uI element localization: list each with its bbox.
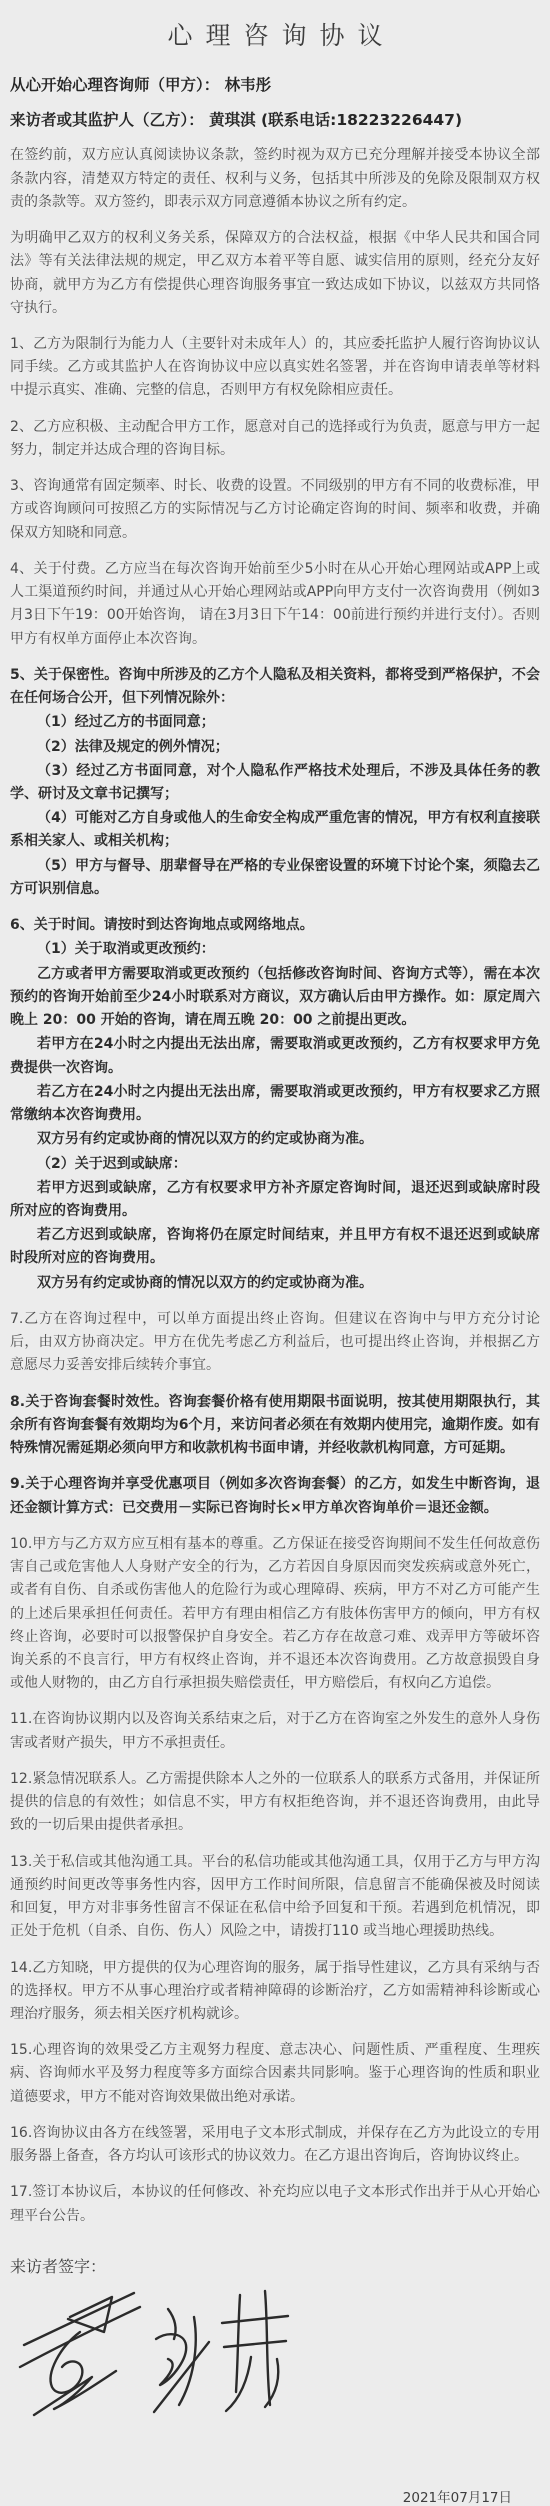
agreement-paragraph: 6、关于时间。请按时到达咨询地点或网络地点。	[10, 914, 540, 937]
party-b-line: 来访者或其监护人（乙方）： 黄琪淇 (联系电话:18223226447)	[10, 110, 540, 132]
agreement-paragraph: 双方另有约定或协商的情况以双方的约定或协商为准。	[10, 1128, 540, 1151]
agreement-paragraph: 11.在咨询协议期内以及咨询关系结束之后，对于乙方在咨询室之外发生的意外人身伤害…	[10, 1708, 540, 1754]
agreement-paragraph: 在签约前，双方应认真阅读协议条款，签约时视为双方已充分理解并接受本协议全部条款内…	[10, 144, 540, 214]
agreement-paragraph: 5、关于保密性。咨询中所涉及的乙方个人隐私及相关资料，都将受到严格保护，不会在任…	[10, 664, 540, 710]
agreement-paragraph: 1、乙方为限制行为能力人（主要针对未成年人）的，其应委托监护人履行咨询协议认同手…	[10, 333, 540, 403]
agreement-paragraph: 14.乙方知晓，甲方提供的仅为心理咨询的服务，属于指导性建议，乙方具有采纳与否的…	[10, 1957, 540, 2027]
agreement-paragraph: （5）甲方与督导、朋辈督导在严格的专业保密设置的环境下讨论个案，须隐去乙方可识别…	[10, 855, 540, 901]
agreement-paragraph: 13.关于私信或其他沟通工具。平台的私信功能或其他沟通工具，仅用于乙方与甲方沟通…	[10, 1851, 540, 1944]
agreement-paragraph: 3、咨询通常有固定频率、时长、收费的设置。不同级别的甲方有不同的收费标准，甲方或…	[10, 475, 540, 545]
agreement-paragraph: 为明确甲乙双方的权利义务关系，保障双方的合法权益，根据《中华人民共和国合同法》等…	[10, 227, 540, 320]
agreement-paragraph: 10.甲方与乙方双方应互相有基本的尊重。乙方保证在接受咨询期间不发生任何故意伤害…	[10, 1533, 540, 1696]
agreement-paragraph: 双方另有约定或协商的情况以双方的约定或协商为准。	[10, 1272, 540, 1295]
party-a-line: 从心开始心理咨询师（甲方）： 林韦彤	[10, 75, 540, 97]
agreement-paragraph: 若甲方在24小时之内提出无法出席，需要取消或更改预约，乙方有权要求甲方免费提供一…	[10, 1033, 540, 1079]
agreement-paragraph: 乙方或者甲方需要取消或更改预约（包括修改咨询时间、咨询方式等），需在本次预约的咨…	[10, 963, 540, 1033]
agreement-paragraph: 2、乙方应积极、主动配合甲方工作，愿意对自己的选择或行为负责，愿意与甲方一起努力…	[10, 416, 540, 462]
page-title: 心理咨询协议	[10, 0, 540, 62]
agreement-paragraph: （3）经过乙方书面同意，对个人隐私作严格技术处理后，不涉及具体任务的教学、研讨及…	[10, 760, 540, 806]
agreement-paragraph: 若乙方迟到或缺席，咨询将仍在原定时间结束，并且甲方有权不退还迟到或缺席时段所对应…	[10, 1224, 540, 1270]
agreement-paragraph: （2）关于迟到或缺席：	[10, 1153, 540, 1176]
agreement-paragraph: 9.关于心理咨询并享受优惠项目（例如多次咨询套餐）的乙方，如发生中断咨询，退还金…	[10, 1473, 540, 1519]
signing-date: 2021年07月17日	[10, 2486, 540, 2506]
agreement-paragraph: （1）经过乙方的书面同意；	[10, 711, 540, 734]
agreement-paragraph: 16.咨询协议由各方在线签署，采用电子文本形式制成，并保存在乙方为此设立的专用服…	[10, 2122, 540, 2168]
agreement-paragraph: 8.关于咨询套餐时效性。咨询套餐价格有使用期限书面说明，按其使用期限执行，其余所…	[10, 1391, 540, 1461]
agreement-paragraph: 17.签订本协议后，本协议的任何修改、补充均应以电子文本形式作出并于从心开始心理…	[10, 2181, 540, 2227]
agreement-paragraph: （1）关于取消或更改预约：	[10, 938, 540, 961]
visitor-signature-label: 来访者签字：	[10, 2254, 540, 2277]
agreement-paragraph: 15.心理咨询的效果受乙方主观努力程度、意志决心、问题性质、严重程度、生理疾病、…	[10, 2039, 540, 2109]
agreement-paragraph: 若甲方迟到或缺席，乙方有权要求甲方补齐原定咨询时间，退还迟到或缺席时段所对应的咨…	[10, 1177, 540, 1223]
agreement-paragraph: 若乙方在24小时之内提出无法出席，需要取消或更改预约，甲方有权要求乙方照常缴纳本…	[10, 1081, 540, 1127]
agreement-document: 心理咨询协议 从心开始心理咨询师（甲方）： 林韦彤 来访者或其监护人（乙方）： …	[0, 0, 550, 2506]
agreement-paragraph: 7.乙方在咨询过程中，可以单方面提出终止咨询。但建议在咨询中与甲方充分讨论后，由…	[10, 1308, 540, 1378]
agreement-paragraph: （2）法律及规定的例外情况；	[10, 736, 540, 759]
agreement-paragraph: 4、关于付费。乙方应当在每次咨询开始前至少5小时在从心开始心理网站或APP上或人…	[10, 558, 540, 651]
agreement-paragraph: （4）可能对乙方自身或他人的生命安全构成严重危害的情况，甲方有权利直接联系相关家…	[10, 807, 540, 853]
clauses: 在签约前，双方应认真阅读协议条款，签约时视为双方已充分理解并接受本协议全部条款内…	[10, 144, 540, 2228]
visitor-signature	[18, 2285, 540, 2440]
agreement-paragraph: 12.紧急情况联系人。乙方需提供除本人之外的一位联系人的联系方式备用，并保证所提…	[10, 1768, 540, 1838]
